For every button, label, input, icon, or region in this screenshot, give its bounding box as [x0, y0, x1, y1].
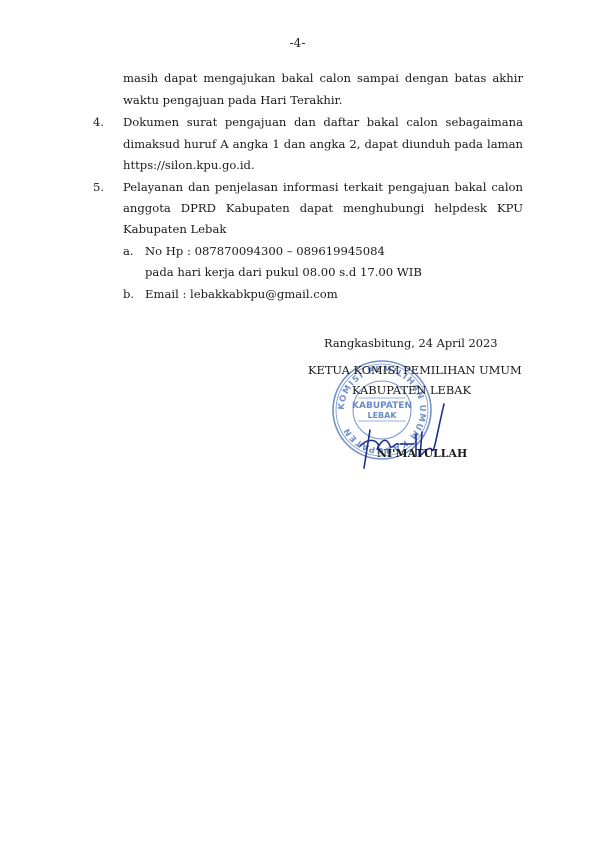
phone-text: No Hp : 087870094300 – 089619945084 — [145, 244, 385, 258]
paragraph-line: masih dapat mengajukan bakal calon sampa… — [123, 71, 523, 85]
list-number: 5. — [93, 180, 104, 194]
url-text: https://silon.kpu.go.id. — [123, 158, 255, 172]
place-date: Rangkasbitung, 24 April 2023 — [324, 336, 498, 350]
hours-text: pada hari kerja dari pukul 08.00 s.d 17.… — [145, 265, 422, 279]
list-item-line: Pelayanan dan penjelasan informasi terka… — [123, 180, 523, 194]
paragraph-line: waktu pengajuan pada Hari Terakhir. — [123, 93, 343, 107]
list-item-line: Dokumen surat pengajuan dan daftar bakal… — [123, 115, 523, 129]
signer-name: NI'MATULLAH — [377, 447, 467, 460]
signatory-title-line1: KETUA KOMISI PEMILIHAN UMUM — [308, 363, 522, 377]
list-item-line: Kabupaten Lebak — [123, 222, 226, 236]
sublist-letter: a. — [123, 244, 134, 258]
page-number: -4- — [0, 36, 595, 50]
sublist-letter: b. — [123, 287, 134, 301]
list-number: 4. — [93, 115, 104, 129]
email-text: Email : lebakkabkpu@gmail.com — [145, 287, 338, 301]
signatory-title-line2: KABUPATEN LEBAK — [352, 383, 471, 397]
list-item-line: dimaksud huruf A angka 1 dan angka 2, da… — [123, 137, 523, 151]
list-item-line: anggota DPRD Kabupaten dapat menghubungi… — [123, 201, 523, 215]
